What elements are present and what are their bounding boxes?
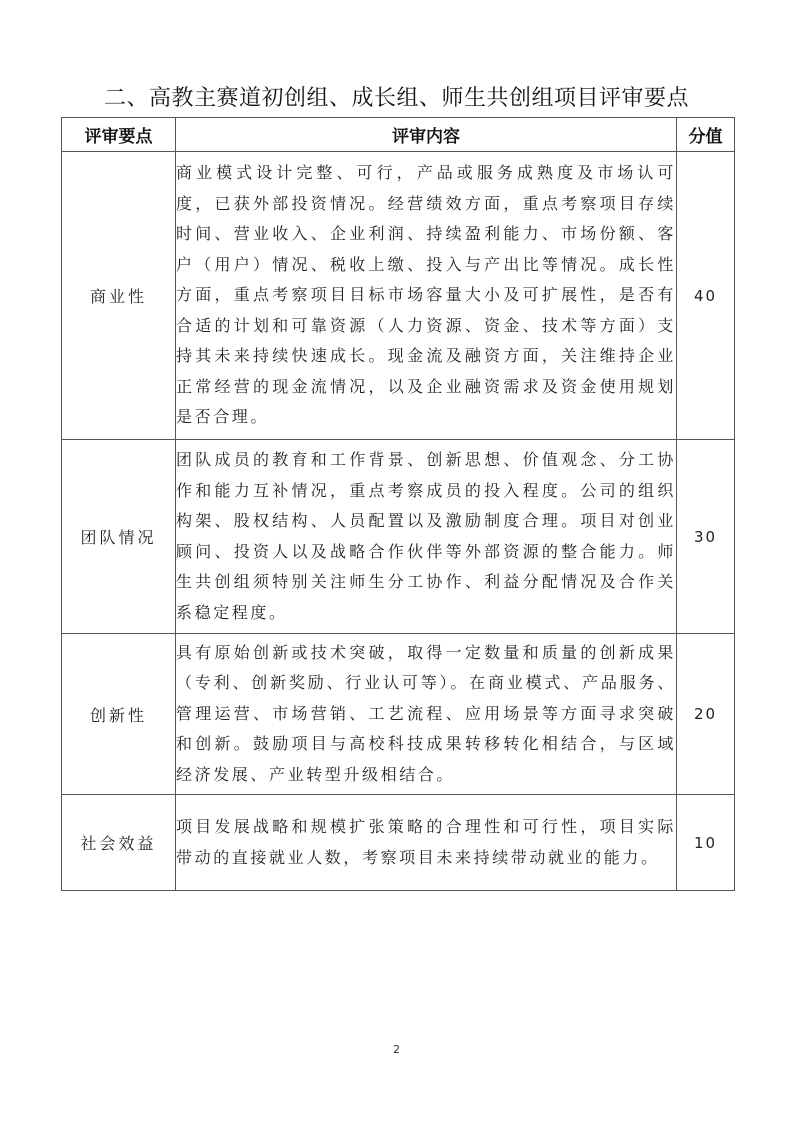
table-row: 商业性 商业模式设计完整、可行，产品或服务成熟度及市场认可度，已获外部投资情况。… (62, 152, 735, 440)
page-number: 2 (0, 1043, 793, 1056)
score-cell: 20 (677, 634, 735, 795)
review-content-cell: 项目发展战略和规模扩张策略的合理性和可行性，项目实际带动的直接就业人数，考察项目… (176, 795, 677, 891)
header-score: 分值 (677, 118, 735, 152)
review-content-cell: 具有原始创新或技术突破，取得一定数量和质量的创新成果（专利、创新奖励、行业认可等… (176, 634, 677, 795)
header-review-point: 评审要点 (62, 118, 176, 152)
table-row: 社会效益 项目发展战略和规模扩张策略的合理性和可行性，项目实际带动的直接就业人数… (62, 795, 735, 891)
review-content-cell: 商业模式设计完整、可行，产品或服务成熟度及市场认可度，已获外部投资情况。经营绩效… (176, 152, 677, 440)
review-point-cell: 创新性 (62, 634, 176, 795)
review-criteria-table: 评审要点 评审内容 分值 商业性 商业模式设计完整、可行，产品或服务成熟度及市场… (61, 117, 735, 891)
table-row: 团队情况 团队成员的教育和工作背景、创新思想、价值观念、分工协作和能力互补情况，… (62, 440, 735, 634)
review-point-cell: 团队情况 (62, 440, 176, 634)
score-cell: 40 (677, 152, 735, 440)
review-content-cell: 团队成员的教育和工作背景、创新思想、价值观念、分工协作和能力互补情况，重点考察成… (176, 440, 677, 634)
score-cell: 10 (677, 795, 735, 891)
table-row: 创新性 具有原始创新或技术突破，取得一定数量和质量的创新成果（专利、创新奖励、行… (62, 634, 735, 795)
header-review-content: 评审内容 (176, 118, 677, 152)
review-point-cell: 商业性 (62, 152, 176, 440)
review-point-cell: 社会效益 (62, 795, 176, 891)
table-header-row: 评审要点 评审内容 分值 (62, 118, 735, 152)
document-title: 二、高教主赛道初创组、成长组、师生共创组项目评审要点 (0, 84, 793, 114)
score-cell: 30 (677, 440, 735, 634)
